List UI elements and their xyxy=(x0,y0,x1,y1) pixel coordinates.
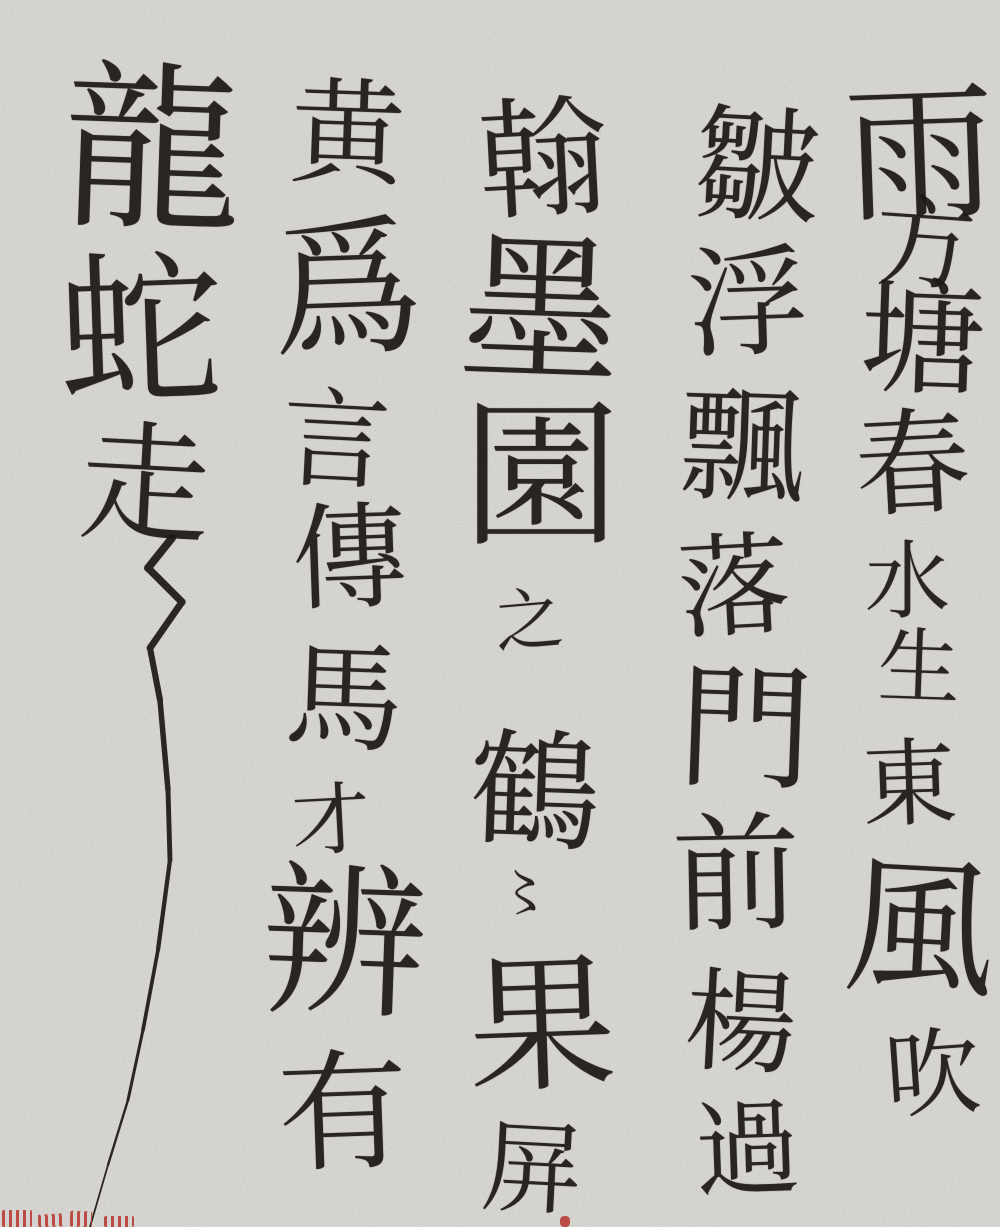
calligraphy-character: 〻 xyxy=(498,868,550,920)
calligraphy-character: 塘 xyxy=(858,276,987,405)
calligraphy-character: 前 xyxy=(671,811,801,941)
calligraphy-character: 走 xyxy=(77,417,214,554)
calligraphy-character: 屏 xyxy=(479,1117,584,1222)
calligraphy-character: 園 xyxy=(462,398,620,556)
calligraphy-character: 楊 xyxy=(682,965,800,1083)
column-4: 黄爲言傳馬才辨有 xyxy=(0,0,1000,1227)
calligraphy-character: 雨 xyxy=(842,77,997,232)
calligraphy-character: 門 xyxy=(676,660,816,800)
calligraphy-character: 之 xyxy=(492,585,566,659)
calligraphy-character: 方 xyxy=(872,192,979,299)
calligraphy-character: 風 xyxy=(841,851,999,1009)
calligraphy-character: 過 xyxy=(693,1096,802,1205)
calligraphy-character: 生 xyxy=(877,627,962,712)
calligraphy-character: 東 xyxy=(860,736,958,834)
calligraphy-character: 才 xyxy=(290,780,372,862)
calligraphy-character: 落 xyxy=(675,529,793,647)
calligraphy-character: 果 xyxy=(465,949,618,1102)
calligraphy-character: 吹 xyxy=(882,1025,983,1126)
column-2: 皺浮飄落門前楊過 xyxy=(0,0,1000,1227)
column-1-rightmost: 雨方塘春水生東風吹 xyxy=(0,0,1000,1227)
calligraphy-character: 鶴 xyxy=(468,726,602,860)
calligraphy-character: 水 xyxy=(865,540,950,625)
calligraphy-character: 黄 xyxy=(288,76,407,195)
calligraphy-character: 辨 xyxy=(259,859,430,1030)
calligraphy-character: 蛇 xyxy=(55,247,226,418)
calligraphy-character: 春 xyxy=(852,405,973,526)
calligraphy-character: 爲 xyxy=(269,212,424,367)
calligraphy-character: 翰 xyxy=(475,92,612,229)
calligraphy-character: 馬 xyxy=(283,638,405,760)
calligraphy-character: 墨 xyxy=(457,229,623,394)
calligraphy-character: 傳 xyxy=(290,500,409,619)
calligraphy-character: 浮 xyxy=(686,243,810,367)
column-3: 翰墨園之鶴〻果屏 xyxy=(0,0,1000,1227)
calligraphy-columns: 雨方塘春水生東風吹皺浮飄落門前楊過翰墨園之鶴〻果屏黄爲言傳馬才辨有龍蛇走 xyxy=(0,0,1000,1227)
calligraphy-sheet: 雨方塘春水生東風吹皺浮飄落門前楊過翰墨園之鶴〻果屏黄爲言傳馬才辨有龍蛇走 xyxy=(0,0,1000,1227)
calligraphy-character: 龍 xyxy=(59,59,245,245)
calligraphy-character: 飄 xyxy=(678,383,807,512)
calligraphy-character: 皺 xyxy=(692,102,823,233)
calligraphy-character: 有 xyxy=(276,1046,410,1180)
calligraphy-character: 言 xyxy=(279,385,393,499)
column-5-leftmost: 龍蛇走 xyxy=(0,0,1000,1227)
